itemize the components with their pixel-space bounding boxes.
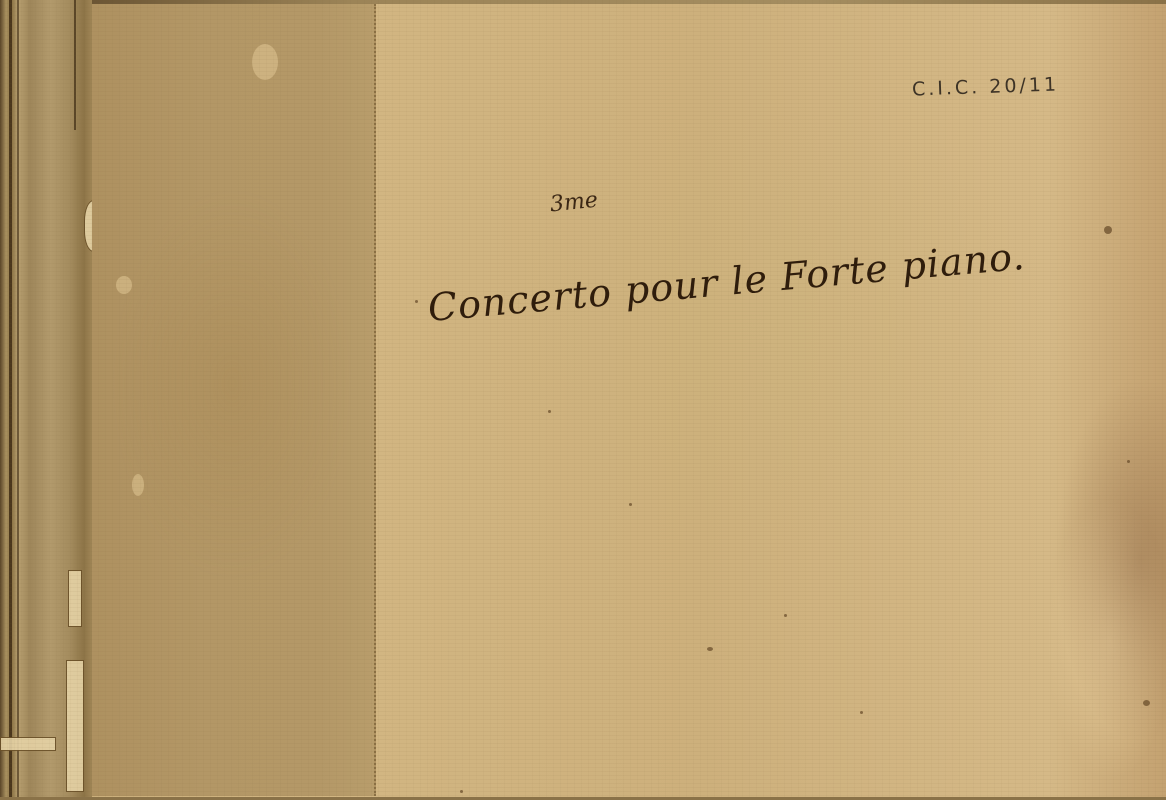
manuscript-title: Concerto pour le Forte piano. [426, 234, 1027, 330]
speck [1104, 226, 1112, 234]
cover-panel [92, 4, 376, 796]
spine-tear [66, 660, 84, 792]
manuscript-cover-page: C.I.C. 20/11 3me Concerto pour le Forte … [0, 0, 1166, 800]
speck [1143, 700, 1150, 706]
speck [784, 614, 787, 617]
speck [415, 300, 418, 303]
spine-crease [9, 0, 12, 800]
stain [252, 44, 278, 80]
spine-crease [74, 0, 76, 130]
shelfmark-label: C.I.C. 20/11 [912, 73, 1060, 100]
spine-tear [0, 737, 56, 751]
stain [116, 276, 132, 294]
speck [1127, 460, 1130, 463]
speck [460, 790, 463, 793]
speck [707, 647, 713, 651]
spine-crease [17, 0, 19, 800]
speck [548, 410, 551, 413]
speck [860, 711, 863, 714]
stain [132, 474, 144, 496]
ordinal-number: 3me [549, 188, 599, 218]
spine-tear [68, 570, 82, 627]
speck [629, 503, 632, 506]
binding-spine [0, 0, 92, 800]
